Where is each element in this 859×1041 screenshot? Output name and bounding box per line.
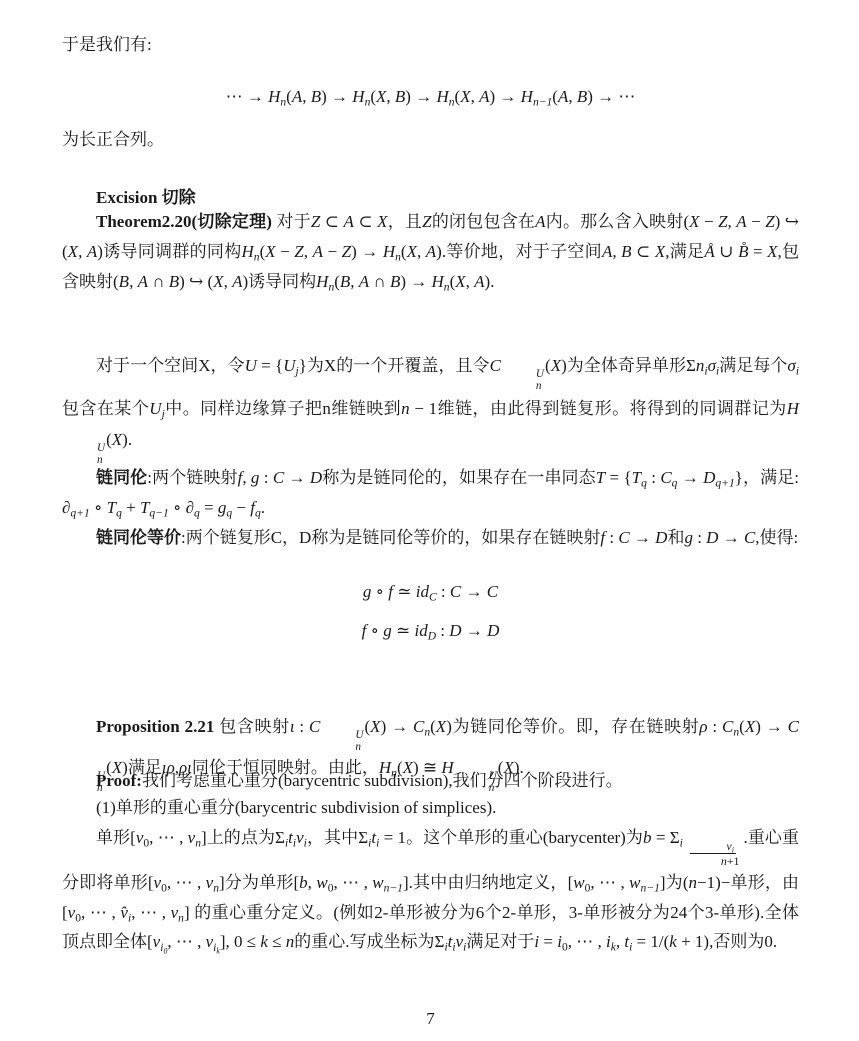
paragraph-open-cover: 对于一个空间X，令U = {Uj}为X的一个开覆盖，且令CUn(X)为全体奇异单… xyxy=(62,350,799,466)
paragraph-chain-homotopy-equivalence: 链同伦等价:两个链复形C，D称为是链同伦等价的，如果存在链映射f : C → D… xyxy=(62,523,799,553)
equation-fg-identity: f ∘ g ≃ idD : D → D xyxy=(62,616,799,646)
equation-long-exact-sequence: ⋯ → Hn(A, B) → Hn(X, B) → Hn(X, A) → Hn−… xyxy=(62,82,799,112)
paragraph-intro-tail: 为长正合列。 xyxy=(62,125,799,155)
paragraph-proof: Proof:我们考虑重心重分(barycentric subdivision),… xyxy=(62,767,799,795)
paragraph-step1: (1)单形的重心重分(barycentric subdivision of si… xyxy=(62,794,799,822)
equation-gf-identity: g ∘ f ≃ idC : C → C xyxy=(62,577,799,607)
paragraph-chain-homotopy: 链同伦:两个链映射f, g : C → D称为是链同伦的，如果存在一串同态T =… xyxy=(62,463,799,523)
document-page: 于是我们有: ⋯ → Hn(A, B) → Hn(X, B) → Hn(X, A… xyxy=(0,0,859,1041)
paragraph-theorem-2-20: Theorem2.20(切除定理) 对于Z ⊂ A ⊂ X，且Z的闭包包含在A内… xyxy=(62,207,799,297)
paragraph-intro: 于是我们有: xyxy=(62,30,799,60)
page-number: 7 xyxy=(62,1004,799,1034)
paragraph-barycentric-subdivision: 单形[v0, ⋯ , vn]上的点为Σitivi，其中Σiti = 1。这个单形… xyxy=(62,823,799,957)
